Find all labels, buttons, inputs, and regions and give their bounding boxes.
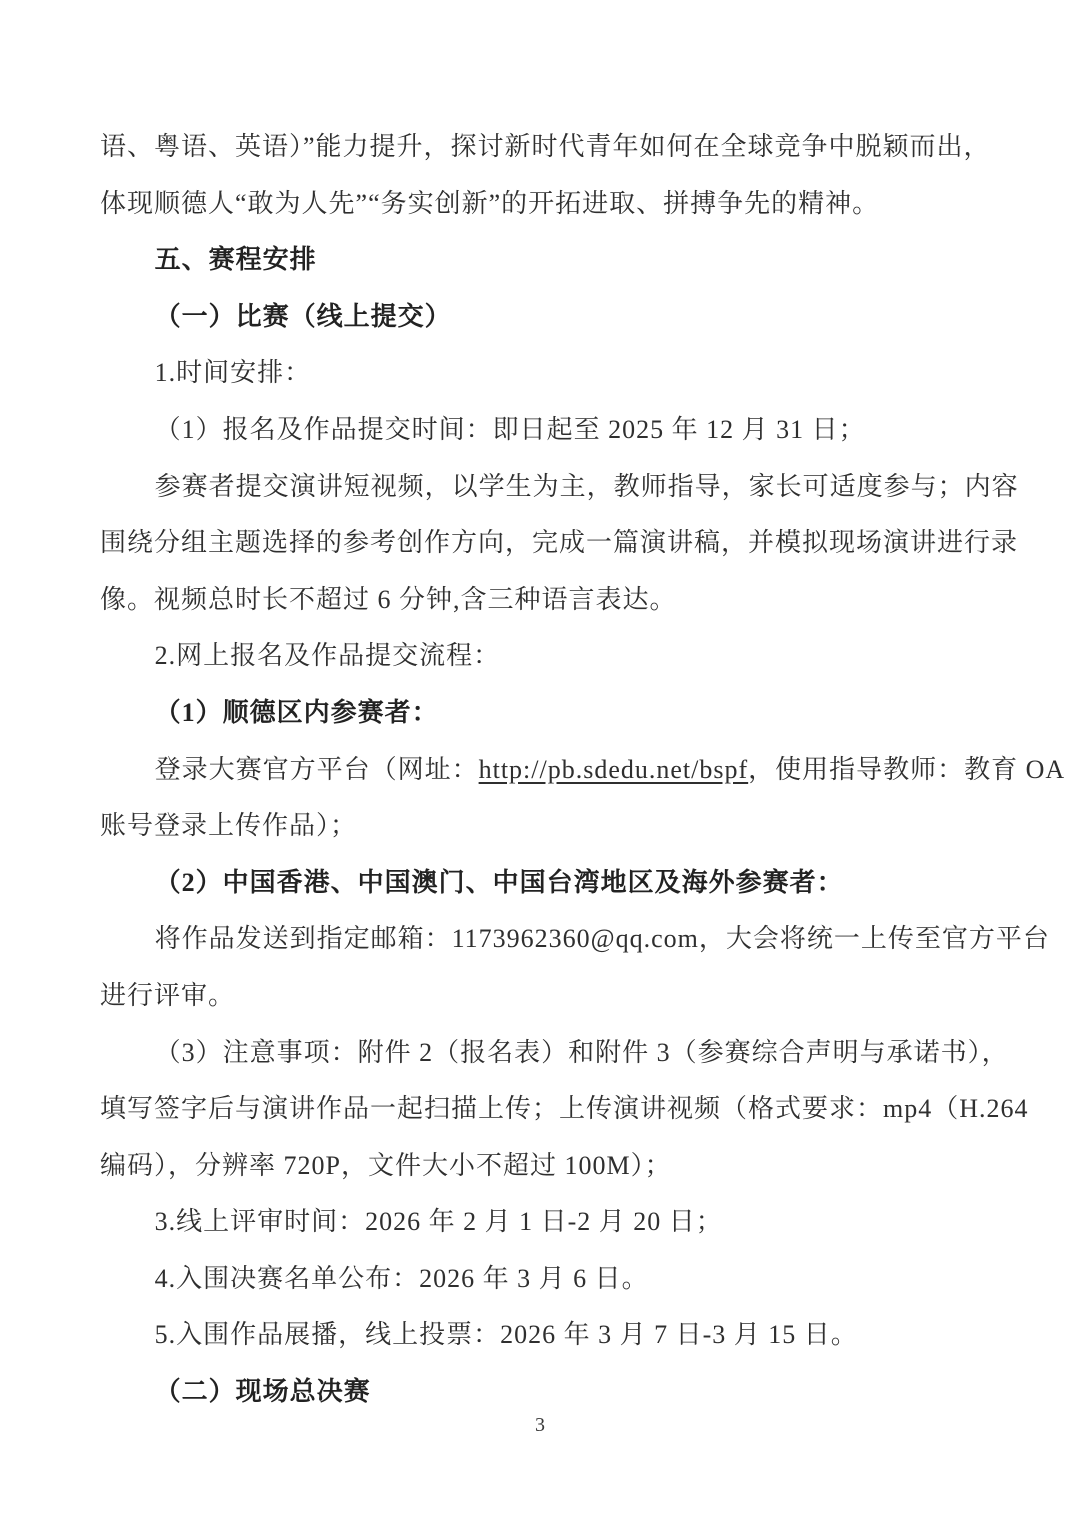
intro-line-1: 语、粤语、英语）”能力提升，探讨新时代青年如何在全球竞争中脱颖而出， bbox=[100, 119, 980, 176]
item-1-point-1: （1）报名及作品提交时间：即日起至 2025 年 12 月 31 日； bbox=[100, 402, 980, 459]
section-heading-5: 五、赛程安排 bbox=[100, 232, 980, 289]
platform-line-2: 账号登录上传作品）； bbox=[100, 798, 980, 855]
platform-line-post: ，使用指导教师：教育 OA bbox=[748, 755, 1065, 784]
platform-line-pre: 登录大赛官方平台（网址： bbox=[155, 755, 479, 784]
item-2-point-3-line-2: 填写签字后与演讲作品一起扫描上传；上传演讲视频（格式要求：mp4（H.264 bbox=[100, 1081, 980, 1138]
document-page: 语、粤语、英语）”能力提升，探讨新时代青年如何在全球竞争中脱颖而出， 体现顺德人… bbox=[0, 0, 1080, 1528]
item-1-paragraph-line-1: 参赛者提交演讲短视频，以学生为主，教师指导，家长可适度参与；内容 bbox=[100, 459, 980, 516]
subsection-1-heading: （一）比赛（线上提交） bbox=[100, 289, 980, 346]
item-3-line: 3.线上评审时间：2026 年 2 月 1 日-2 月 20 日； bbox=[100, 1194, 980, 1251]
item-2-point-1-heading: （1）顺德区内参赛者： bbox=[100, 685, 980, 742]
item-2-point-2-line-2: 进行评审。 bbox=[100, 968, 980, 1025]
item-1-paragraph-line-3: 像。视频总时长不超过 6 分钟,含三种语言表达。 bbox=[100, 572, 980, 629]
item-2-title: 2.网上报名及作品提交流程： bbox=[100, 628, 980, 685]
item-2-point-2-line-1: 将作品发送到指定邮箱：1173962360@qq.com，大会将统一上传至官方平… bbox=[100, 911, 980, 968]
platform-url-link[interactable]: http://pb.sdedu.net/bspf bbox=[479, 755, 749, 784]
document-body: 语、粤语、英语）”能力提升，探讨新时代青年如何在全球竞争中脱颖而出， 体现顺德人… bbox=[100, 119, 980, 1421]
item-2-point-3-line-3: 编码），分辨率 720P，文件大小不超过 100M）； bbox=[100, 1138, 980, 1195]
item-1-paragraph-line-2: 围绕分组主题选择的参考创作方向，完成一篇演讲稿，并模拟现场演讲进行录 bbox=[100, 515, 980, 572]
item-2-point-3-line-1: （3）注意事项：附件 2（报名表）和附件 3（参赛综合声明与承诺书）， bbox=[100, 1025, 980, 1082]
item-4-line: 4.入围决赛名单公布：2026 年 3 月 6 日。 bbox=[100, 1251, 980, 1308]
platform-line: 登录大赛官方平台（网址：http://pb.sdedu.net/bspf，使用指… bbox=[100, 742, 980, 799]
intro-line-2: 体现顺德人“敢为人先”“务实创新”的开拓进取、拼搏争先的精神。 bbox=[100, 176, 980, 233]
item-1-title: 1.时间安排： bbox=[100, 345, 980, 402]
item-2-point-2-heading: （2）中国香港、中国澳门、中国台湾地区及海外参赛者： bbox=[100, 855, 980, 912]
page-number: 3 bbox=[0, 1405, 1080, 1445]
item-5-line: 5.入围作品展播，线上投票：2026 年 3 月 7 日-3 月 15 日。 bbox=[100, 1307, 980, 1364]
